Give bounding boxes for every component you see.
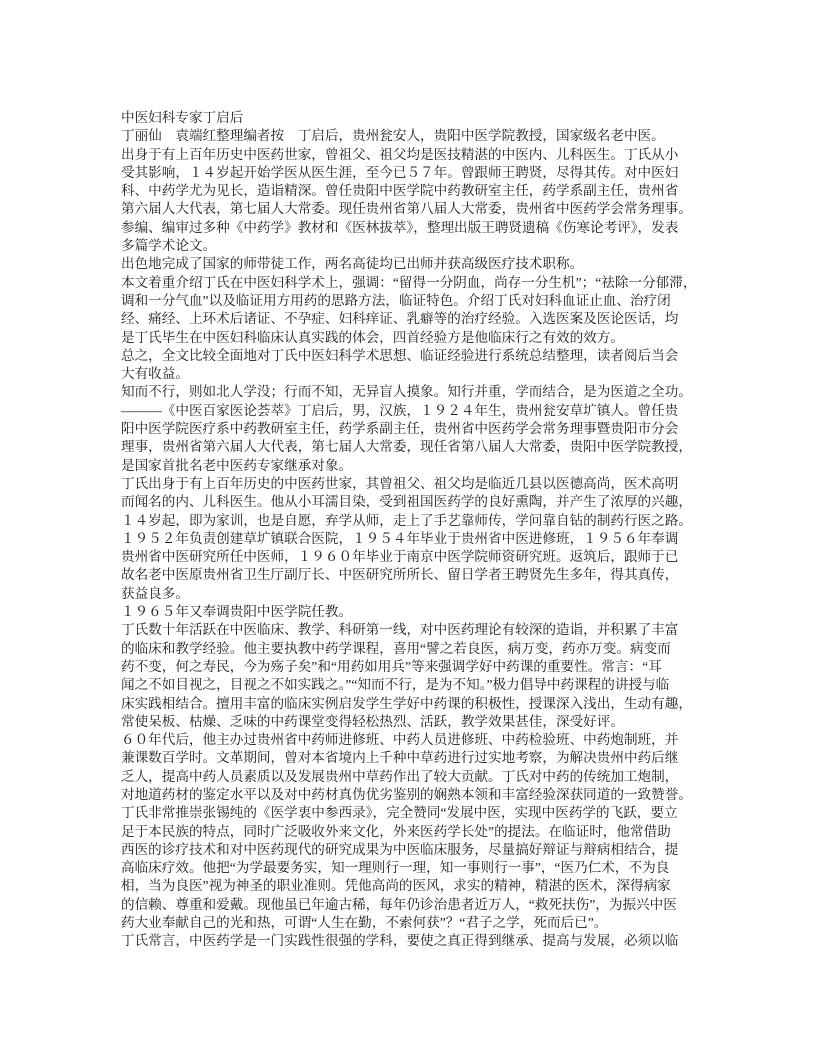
text-line: 故名老中医原贵州省卫生厅副厅长、中医研究所所长、留日学者王聘贤先生多年，得其真传… [121, 566, 783, 584]
text-line: 丁氏数十年活跃在中医临床、教学、科研第一线，对中医药理论有较深的造诣，并积累了丰… [121, 621, 783, 639]
text-line: 本文着重介绍丁氏在中医妇科学术上，强调：“留得一分阴血，尚存一分生机”；“祛除一… [121, 274, 783, 292]
text-line: 药不变，何之寿民，今为殇子矣”和“用药如用兵”等来强调学好中药课的重要性。常言：… [121, 658, 783, 676]
text-line: 出身于有上百年历史中医药世家，曾祖父、祖父均是医技精湛的中医内、儿科医生。丁氏从… [121, 146, 783, 164]
text-line: 经、痛经、上环术后诸证、不孕症、妇科痒证、乳癖等的治疗经验。入选医案及医论医话，… [121, 310, 783, 328]
text-line: ———《中医百家医论荟萃》丁启后，男，汉族，１９２４年生，贵州瓮安草圹镇人。曾任… [121, 402, 783, 420]
text-line: 的临床和教学经验。他主要执教中药学课程，喜用“譬之若良医，病万变，药亦万变。病变… [121, 640, 783, 658]
text-line: 高临床疗效。他把“为学最要务实，知一理则行一理，知一事则行一事”，“医乃仁术，不… [121, 859, 783, 877]
text-line: 阳中医学院医疗系中药教研室主任，药学系副主任，贵州省中医药学会常务理事暨贵阳市分… [121, 420, 783, 438]
text-line: 出色地完成了国家的师带徒工作，两名高徒均已出师并获高级医疗技术职称。 [121, 255, 783, 273]
text-line: 而闻名的内、儿科医生。他从小耳濡目染，受到祖国医药学的良好熏陶，并产生了浓厚的兴… [121, 493, 783, 511]
text-line: 常使呆板、枯燥、乏味的中药课堂变得轻松热烈、活跃，教学效果甚佳，深受好评。 [121, 713, 783, 731]
text-line: 参编、编审过多种《中药学》教材和《医林拔萃》，整理出版王聘贤遗稿《伤寒论考评》，… [121, 219, 783, 237]
text-line: 相，当为良医”视为神圣的职业准则。凭他高尚的医风，求实的精神，精湛的医术，深得病… [121, 877, 783, 895]
text-line: 床实践相结合。擅用丰富的临床实例启发学生学好中药课的积极性，授课深入浅出，生动有… [121, 695, 783, 713]
text-line: 对地道药材的鉴定水平以及对中药材真伪优劣鉴别的娴熟本领和丰富经验深获同道的一致赞… [121, 786, 783, 804]
document-page: 中医妇科专家丁启后丁丽仙 袁端红整理编者按 丁启后，贵州瓮安人，贵阳中医学院教授… [0, 0, 816, 1056]
text-line: 兼课数百学时。文革期间，曾对本省境内上千种中草药进行过实地考察，为解决贵州中药后… [121, 749, 783, 767]
text-line: 丁氏出身于有上百年历史的中医药世家，其曾祖父、祖父均是临近几县以医德高尚，医术高… [121, 475, 783, 493]
text-line: 大有收益。 [121, 365, 783, 383]
text-line: 药大业奉献自己的光和热，可谓“人生在勤，不索何获”？“君子之学，死而后已”。 [121, 914, 783, 932]
text-line: 科、中药学尤为见长，造诣精深。曾任贵阳中医学院中药教研室主任，药学系副主任，贵州… [121, 182, 783, 200]
text-line: 足于本民族的特点，同时广泛吸收外来文化，外来医药学长处”的提法。在临证时，他常借… [121, 823, 783, 841]
text-line: 第六届人大代表，第七届人大常委。现任贵州省第八届人大常委，贵州省中医药学会常务理… [121, 200, 783, 218]
text-line: ６０年代后，他主办过贵州省中药师进修班、中药人员进修班、中药检验班、中药炮制班，… [121, 731, 783, 749]
text-line: 知而不行，则如北人学没；行而不知，无异盲人摸象。知行并重，学而结合，是为医道之全… [121, 383, 783, 401]
text-line: 多篇学术论文。 [121, 237, 783, 255]
text-line: 丁氏非常推崇张锡纯的《医学衷中参西录》，完全赞同“发展中医，实现中医药学的飞跃，… [121, 804, 783, 822]
text-line: 贵州省中医研究所任中医师，１９６０年毕业于南京中医学院师资研究班。返筑后，跟师于… [121, 548, 783, 566]
text-line: 是丁氏毕生在中医妇科临床认真实践的体会，四首经验方是他临床行之有效的效方。 [121, 329, 783, 347]
text-line: 的信赖、尊重和爱戴。现他虽已年逾古稀，每年仍诊治患者近万人，“救死扶伤”，为振兴… [121, 896, 783, 914]
text-line: １９６５年又奉调贵阳中医学院任教。 [121, 603, 783, 621]
text-line: 闻之不如目视之，目视之不如实践之。”“知而不行，是为不知。”极力倡导中药课程的讲… [121, 676, 783, 694]
text-line: 总之，全文比较全面地对丁氏中医妇科学术思想、临证经验进行系统总结整理，读者阅后当… [121, 347, 783, 365]
text-line: 丁氏常言，中医药学是一门实践性很强的学科，要使之真正得到继承、提高与发展，必须以… [121, 932, 783, 950]
document-title: 中医妇科专家丁启后 [121, 109, 783, 127]
text-line: 获益良多。 [121, 585, 783, 603]
text-line: 西医的诊疗技术和对中医药现代的研究成果为中医临床服务，尽量搞好辩证与辩病相结合，… [121, 841, 783, 859]
document-body: 中医妇科专家丁启后丁丽仙 袁端红整理编者按 丁启后，贵州瓮安人，贵阳中医学院教授… [121, 109, 783, 951]
text-line: 理事，贵州省第六届人大代表，第七届人大常委，现任省第八届人大常委，贵阳中医学院教… [121, 438, 783, 456]
document-viewport: { "page": { "background_color": "#ffffff… [0, 0, 816, 1056]
text-line: 乏人，提高中药人员素质以及发展贵州中草药作出了较大贡献。丁氏对中药的传统加工炮制… [121, 768, 783, 786]
text-line: 受其影响，１４岁起开始学医从医生涯，至今已５７年。曾跟师王聘贤，尽得其传。对中医… [121, 164, 783, 182]
text-line: １４岁起，即为家训，也是自愿，弃学从师，走上了手艺靠师传，学问靠自钻的制药行医之… [121, 512, 783, 530]
text-line: 丁丽仙 袁端红整理编者按 丁启后，贵州瓮安人，贵阳中医学院教授，国家级名老中医。 [121, 127, 783, 145]
text-line: 调和一分气血”以及临证用方用药的思路方法，临证特色。介绍丁氏对妇科血证止血、治疗… [121, 292, 783, 310]
text-line: 是国家首批名老中医药专家继承对象。 [121, 457, 783, 475]
text-line: １９５２年负责创建草圹镇联合医院，１９５４年毕业于贵州省中医进修班，１９５６年奉… [121, 530, 783, 548]
